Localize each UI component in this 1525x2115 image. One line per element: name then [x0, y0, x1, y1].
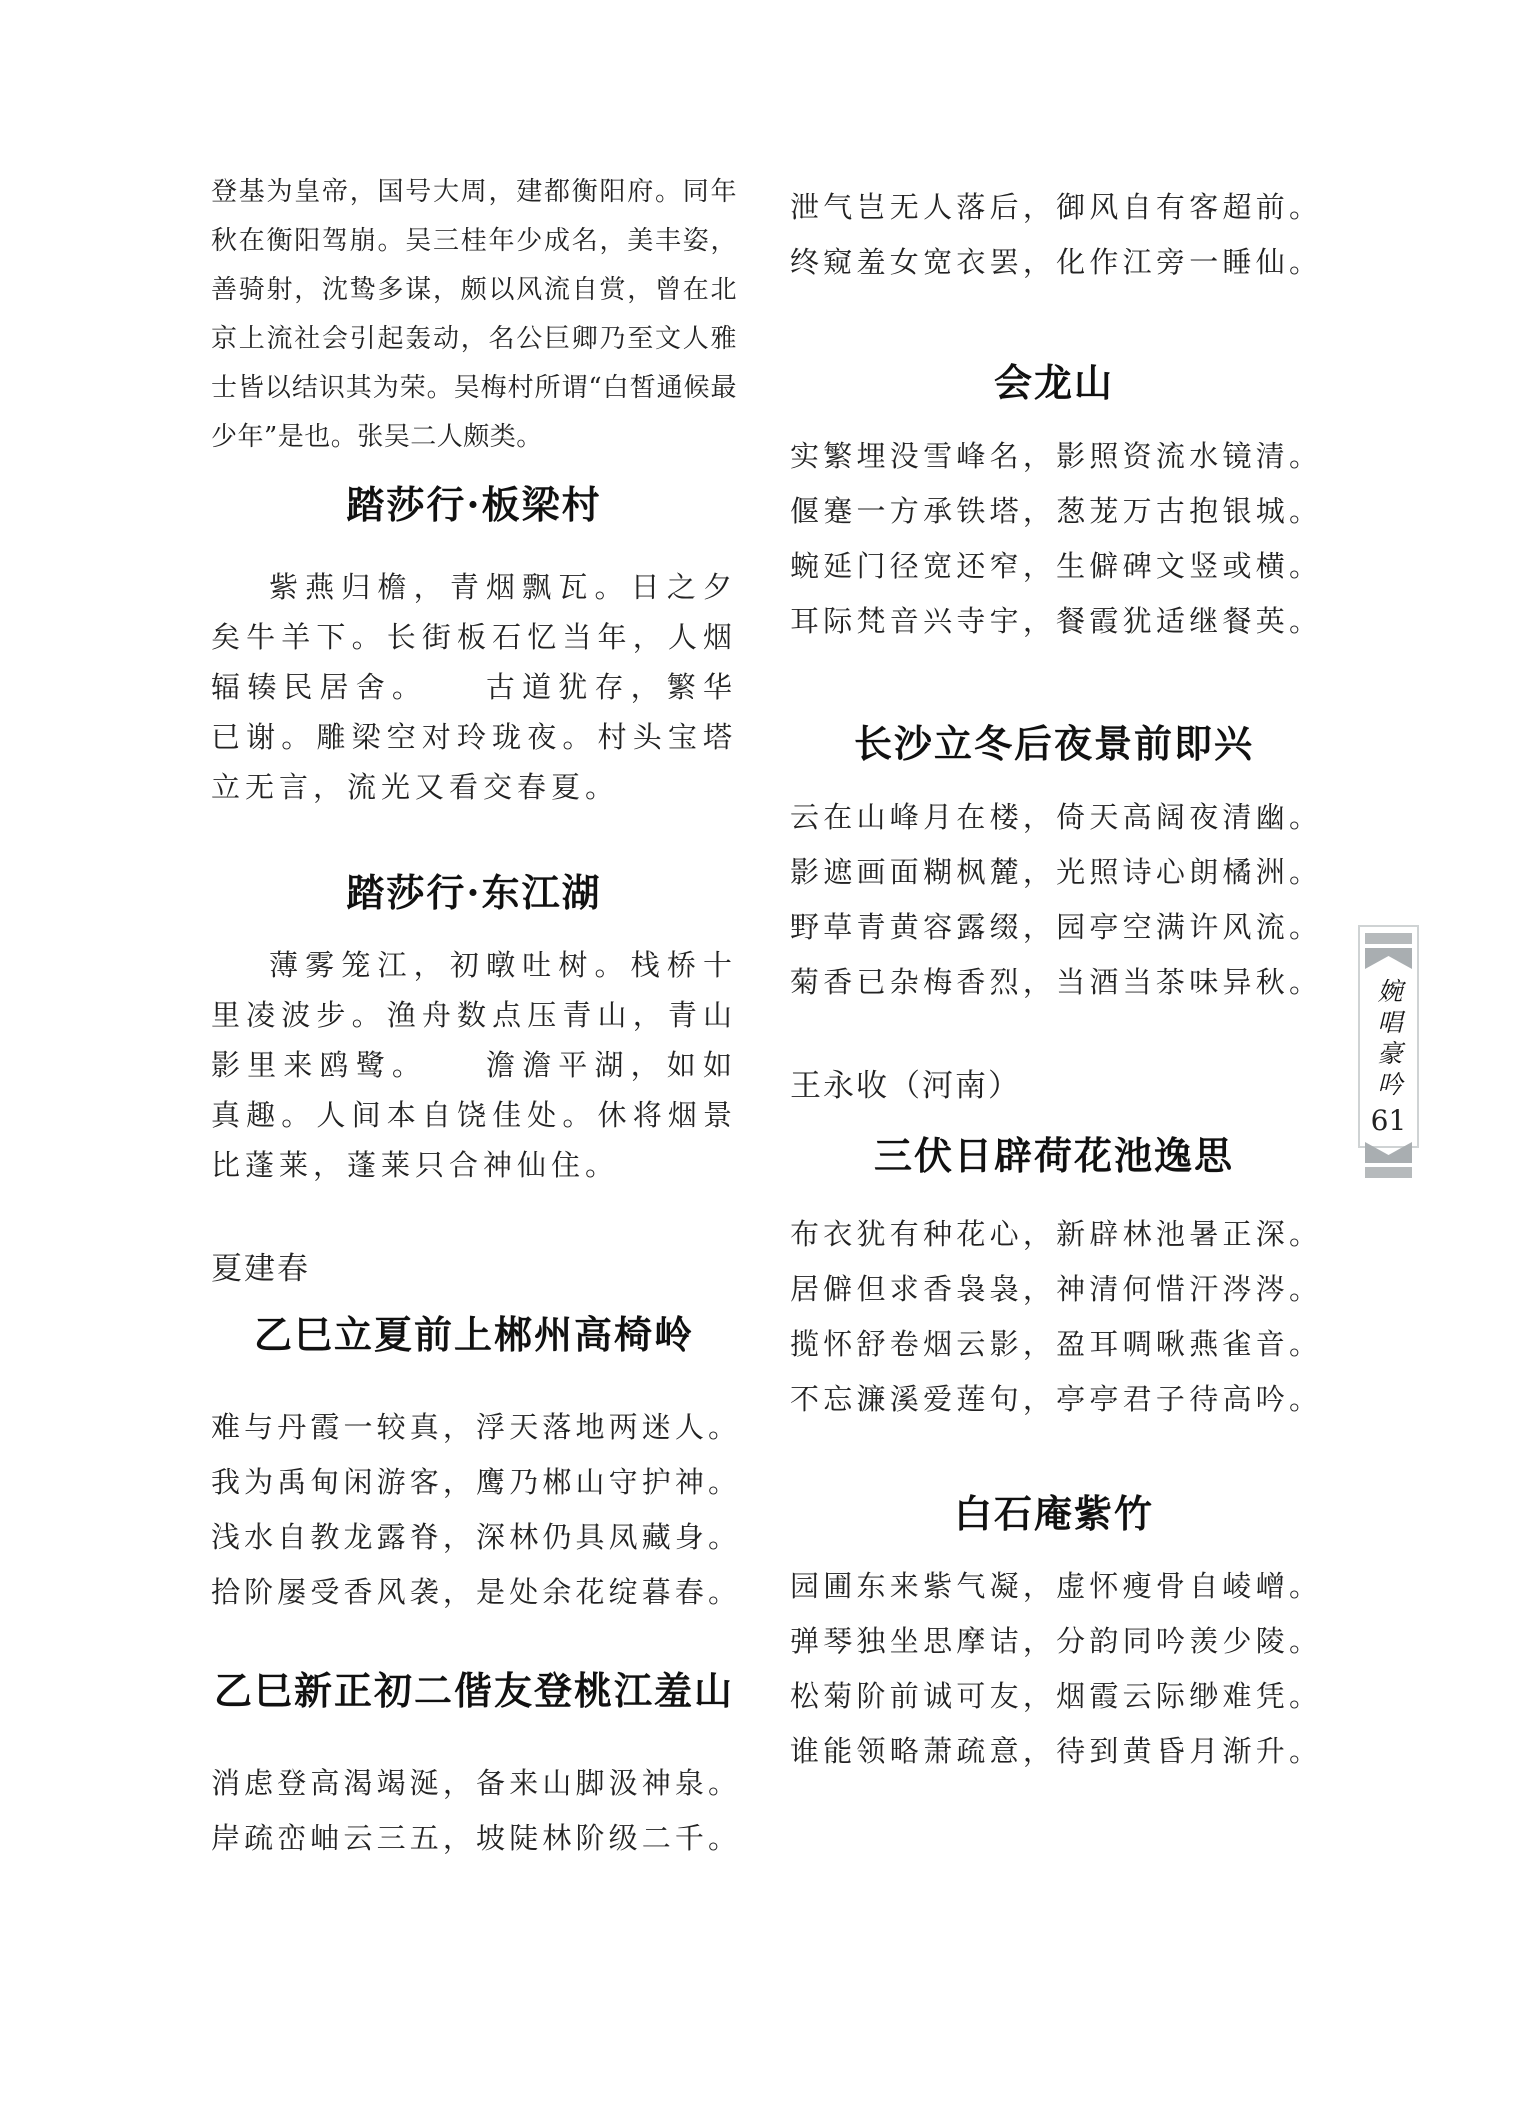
verse-line: 谁能领略萧疏意，待到黄昏月渐升。 — [790, 1724, 1318, 1779]
left-column: 登基为皇帝，国号大周，建都衡阳府。同年秋在衡阳驾崩。吴三桂年少成名，美丰姿，善骑… — [211, 0, 737, 1866]
poem-changsha-lidong: 云在山峰月在楼，倚天高阔夜清幽。 影遮画面糊枫麓，光照诗心朗橘洲。 野草青黄容露… — [790, 790, 1318, 1010]
biography-paragraph: 登基为皇帝，国号大周，建都衡阳府。同年秋在衡阳驾崩。吴三桂年少成名，美丰姿，善骑… — [211, 168, 737, 462]
verse-line: 影遮画面糊枫麓，光照诗心朗橘洲。 — [790, 845, 1318, 900]
book-page: 登基为皇帝，国号大周，建都衡阳府。同年秋在衡阳驾崩。吴三桂年少成名，美丰姿，善骑… — [0, 0, 1525, 2115]
poem-title-gaoyiling: 乙巳立夏前上郴州高椅岭 — [211, 1310, 737, 1360]
author-name-xiajianchun: 夏建春 — [211, 1248, 737, 1290]
page-edge-tab: 婉唱豪吟 61 — [1358, 925, 1419, 1148]
verse-line: 布衣犹有种花心，新辟林池暑正深。 — [790, 1207, 1318, 1262]
verse-line: 实繁埋没雪峰名，影照资流水镜清。 — [790, 429, 1318, 484]
verse-line: 泄气岂无人落后，御风自有客超前。 — [790, 180, 1318, 235]
verse-line: 弹琴独坐思摩诘，分韵同吟羡少陵。 — [790, 1614, 1318, 1669]
tab-top-strip — [1365, 933, 1412, 944]
poem-title-baishian-zizhu: 白石庵紫竹 — [790, 1489, 1318, 1539]
verse-line: 野草青黄容露缀，园亭空满许风流。 — [790, 900, 1318, 955]
poem-hehuachi: 布衣犹有种花心，新辟林池暑正深。 居僻但求香袅袅，神清何惜汗涔涔。 揽怀舒卷烟云… — [790, 1207, 1318, 1427]
section-title-vertical: 婉唱豪吟 — [1376, 978, 1401, 1102]
verse-line: 揽怀舒卷烟云影，盈耳啁啾燕雀音。 — [790, 1317, 1318, 1372]
poem-title-hehuachi: 三伏日辟荷花池逸思 — [790, 1131, 1318, 1181]
poem-title-changsha-lidong: 长沙立冬后夜景前即兴 — [790, 719, 1318, 769]
verse-line: 岸疏峦岫云三五，坡陡林阶级二千。 — [211, 1811, 737, 1866]
poem-title-taojiangxiushan: 乙巳新正初二偕友登桃江羞山 — [211, 1666, 737, 1716]
poem-baishian-zizhu: 园圃东来紫气凝，虚怀瘦骨自崚嶒。 弹琴独坐思摩诘，分韵同吟羡少陵。 松菊阶前诚可… — [790, 1559, 1318, 1779]
page-number: 61 — [1371, 1104, 1407, 1138]
verse-line: 云在山峰月在楼，倚天高阔夜清幽。 — [790, 790, 1318, 845]
verse-line: 园圃东来紫气凝，虚怀瘦骨自崚嶒。 — [790, 1559, 1318, 1614]
verse-line: 我为禹甸闲游客，鹰乃郴山守护神。 — [211, 1455, 737, 1510]
verse-line: 蜿延门径宽还窄，生僻碑文竖或横。 — [790, 539, 1318, 594]
author-name-wangyongshou: 王永收（河南） — [790, 1065, 1318, 1107]
poem-title-huilongshan: 会龙山 — [790, 358, 1318, 408]
verse-line: 浅水自教龙露脊，深林仍具凤藏身。 — [211, 1510, 737, 1565]
ci-poem-dongjianghu: 薄雾笼江，初暾吐树。栈桥十里凌波步。渔舟数点压青山，青山影里来鸥鹭。 澹澹平湖，… — [211, 940, 737, 1190]
tab-top-ribbon-icon — [1365, 948, 1412, 969]
verse-line: 耳际梵音兴寺宇，餐霞犹适继餐英。 — [790, 594, 1318, 649]
verse-line: 终窥羞女宽衣罢，化作江旁一睡仙。 — [790, 235, 1318, 290]
verse-line: 偃蹇一方承铁塔，葱茏万古抱银城。 — [790, 484, 1318, 539]
verse-line: 拾阶屡受香风袭，是处余花绽暮春。 — [211, 1565, 737, 1620]
ci-poem-banliangcun: 紫燕归檐，青烟飘瓦。日之夕矣牛羊下。长街板石忆当年，人烟辐辏民居舍。 古道犹存，… — [211, 562, 737, 812]
verse-line: 消虑登高渴竭涎，备来山脚汲神泉。 — [211, 1756, 737, 1811]
verse-line: 菊香已杂梅香烈，当酒当茶味异秋。 — [790, 955, 1318, 1010]
right-column: 泄气岂无人落后，御风自有客超前。 终窥羞女宽衣罢，化作江旁一睡仙。 会龙山 实繁… — [790, 0, 1318, 1779]
verse-line: 松菊阶前诚可友，烟霞云际缈难凭。 — [790, 1669, 1318, 1724]
tab-bottom-strip — [1365, 1167, 1412, 1178]
poem-taojiangxiushan: 消虑登高渴竭涎，备来山脚汲神泉。 岸疏峦岫云三五，坡陡林阶级二千。 — [211, 1756, 737, 1866]
tab-bottom-ribbon-icon — [1365, 1142, 1412, 1163]
verse-line: 难与丹霞一较真，浮天落地两迷人。 — [211, 1400, 737, 1455]
poem-huilongshan: 实繁埋没雪峰名，影照资流水镜清。 偃蹇一方承铁塔，葱茏万古抱银城。 蜿延门径宽还… — [790, 429, 1318, 649]
carryover-verse: 泄气岂无人落后，御风自有客超前。 终窥羞女宽衣罢，化作江旁一睡仙。 — [790, 180, 1318, 290]
verse-line: 居僻但求香袅袅，神清何惜汗涔涔。 — [790, 1262, 1318, 1317]
poem-title-banliangcun: 踏莎行·板梁村 — [211, 480, 737, 530]
poem-gaoyiling: 难与丹霞一较真，浮天落地两迷人。 我为禹甸闲游客，鹰乃郴山守护神。 浅水自教龙露… — [211, 1400, 737, 1620]
poem-title-dongjianghu: 踏莎行·东江湖 — [211, 868, 737, 918]
verse-line: 不忘濂溪爱莲句，亭亭君子待高吟。 — [790, 1372, 1318, 1427]
